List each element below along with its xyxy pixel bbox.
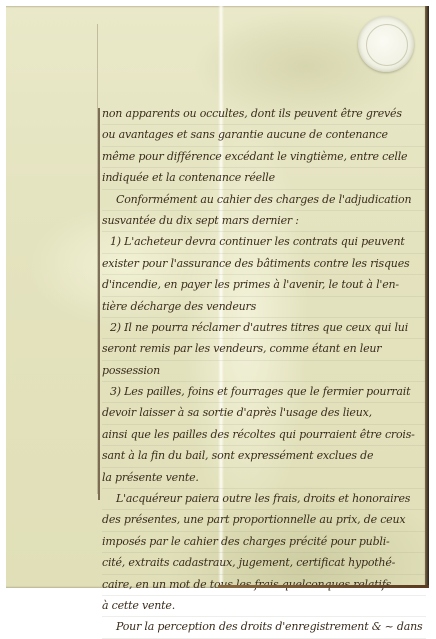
text-line: indiquée et la contenance réelle bbox=[102, 168, 426, 189]
text-line: 3) Les pailles, foins et fourrages que l… bbox=[102, 382, 426, 403]
document-page: non apparents ou occultes, dont ils peuv… bbox=[6, 6, 429, 588]
margin-rule bbox=[98, 108, 100, 500]
text-line: Conformément au cahier des charges de l'… bbox=[102, 190, 426, 211]
text-line: L'acquéreur paiera outre les frais, droi… bbox=[102, 489, 426, 510]
page-edge-bottom bbox=[218, 585, 429, 588]
text-line: possession bbox=[102, 361, 426, 382]
text-line: non apparents ou occultes, dont ils peuv… bbox=[102, 104, 426, 125]
text-line: la présente vente. bbox=[102, 468, 426, 489]
page-edge-shadow bbox=[425, 6, 429, 588]
seal-inner-ring bbox=[366, 24, 408, 66]
text-line: exister pour l'assurance des bâtiments c… bbox=[102, 254, 426, 275]
text-line: sant à la fin du bail, sont expressément… bbox=[102, 446, 426, 467]
text-line: imposés par le cahier des charges précit… bbox=[102, 532, 426, 553]
text-line: même pour différence excédant le vingtiè… bbox=[102, 147, 426, 168]
text-line: tière décharge des vendeurs bbox=[102, 297, 426, 318]
text-line: seront remis par les vendeurs, comme éta… bbox=[102, 339, 426, 360]
text-line: d'incendie, en payer les primes à l'aven… bbox=[102, 275, 426, 296]
handwritten-text: non apparents ou occultes, dont ils peuv… bbox=[102, 104, 426, 599]
text-line: 2) Il ne pourra réclamer d'autres titres… bbox=[102, 318, 426, 339]
text-line: cité, extraits cadastraux, jugement, cer… bbox=[102, 553, 426, 574]
text-line: ainsi que les pailles des récoltes qui p… bbox=[102, 425, 426, 446]
text-line: ou avantages et sans garantie aucune de … bbox=[102, 125, 426, 146]
text-line: devoir laisser à sa sortie d'après l'usa… bbox=[102, 403, 426, 424]
text-line: des présentes, une part proportionnelle … bbox=[102, 510, 426, 531]
embossed-seal-icon bbox=[358, 16, 414, 72]
text-line: susvantée du dix sept mars dernier : bbox=[102, 211, 426, 232]
text-line: 1) L'acheteur devra continuer les contra… bbox=[102, 232, 426, 253]
